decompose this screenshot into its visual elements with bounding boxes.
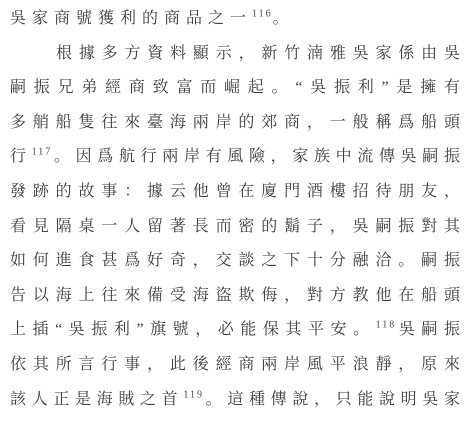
text-line-3: 嗣振兄弟經商致富而崛起。“吳振利”是擁有 — [10, 71, 464, 106]
text-line-12: 該人正是海賊之首119。這種傳說，只能說明吳家 — [10, 383, 464, 418]
text-line-10: 上插“吳振利”旗號，必能保其平安。118吳嗣振 — [10, 313, 464, 348]
line-text: 該人正是海賊之首 — [10, 391, 183, 408]
line-text: 如何進食甚爲好奇，交談之下十分融洽。嗣振 — [10, 252, 464, 269]
line-text: 根據多方資料顯示，新竹湳雅吳家係由吳 — [56, 45, 464, 62]
line-text: 行 — [10, 148, 32, 165]
footnote-ref-116: 116 — [252, 9, 273, 20]
line-text: 發跡的故事：據云他曾在廈門酒樓招待朋友， — [10, 183, 464, 200]
text-line-8: 如何進食甚爲好奇，交談之下十分融洽。嗣振 — [10, 244, 464, 279]
line-text: 嗣振兄弟經商致富而崛起。“吳振利”是擁有 — [10, 79, 464, 96]
line-text: 。因爲航行兩岸有風險，家族中流傳吳嗣振 — [52, 148, 464, 165]
line-text: 看見隔桌一人留著長而密的鬍子，吳嗣振對其 — [10, 218, 464, 235]
line-text: 吳嗣振 — [396, 321, 464, 338]
text-line-4: 多艄船隻往來臺海兩岸的郊商，一般稱爲船頭 — [10, 106, 464, 141]
text-line-9: 告以海上往來備受海盜欺侮，對方教他在船頭 — [10, 279, 464, 314]
line-text: 依其所言行事，此後經商兩岸風平浪靜，原來 — [10, 356, 464, 373]
text-line-6: 發跡的故事：據云他曾在廈門酒樓招待朋友， — [10, 175, 464, 210]
line-text: 上插“吳振利”旗號，必能保其平安。 — [10, 321, 376, 338]
text-line-1: 吳家商號獲利的商品之一116。 — [10, 2, 464, 37]
text-line-11: 依其所言行事，此後經商兩岸風平浪靜，原來 — [10, 348, 464, 383]
line-text: 。 — [273, 10, 295, 27]
text-line-5: 行117。因爲航行兩岸有風險，家族中流傳吳嗣振 — [10, 140, 464, 175]
text-line-7: 看見隔桌一人留著長而密的鬍子，吳嗣振對其 — [10, 210, 464, 245]
footnote-ref-118: 118 — [376, 320, 397, 331]
text-line-2: 根據多方資料顯示，新竹湳雅吳家係由吳 — [10, 37, 464, 72]
line-text: 告以海上往來備受海盜欺侮，對方教他在船頭 — [10, 287, 464, 304]
line-text: 。這種傳說，只能說明吳家 — [204, 391, 464, 408]
document-page: 吳家商號獲利的商品之一116。 根據多方資料顯示，新竹湳雅吳家係由吳 嗣振兄弟經… — [0, 0, 468, 432]
line-text: 多艄船隻往來臺海兩岸的郊商，一般稱爲船頭 — [10, 114, 464, 131]
footnote-ref-117: 117 — [32, 147, 53, 158]
footnote-ref-119: 119 — [183, 389, 204, 400]
line-text: 吳家商號獲利的商品之一 — [10, 10, 252, 27]
